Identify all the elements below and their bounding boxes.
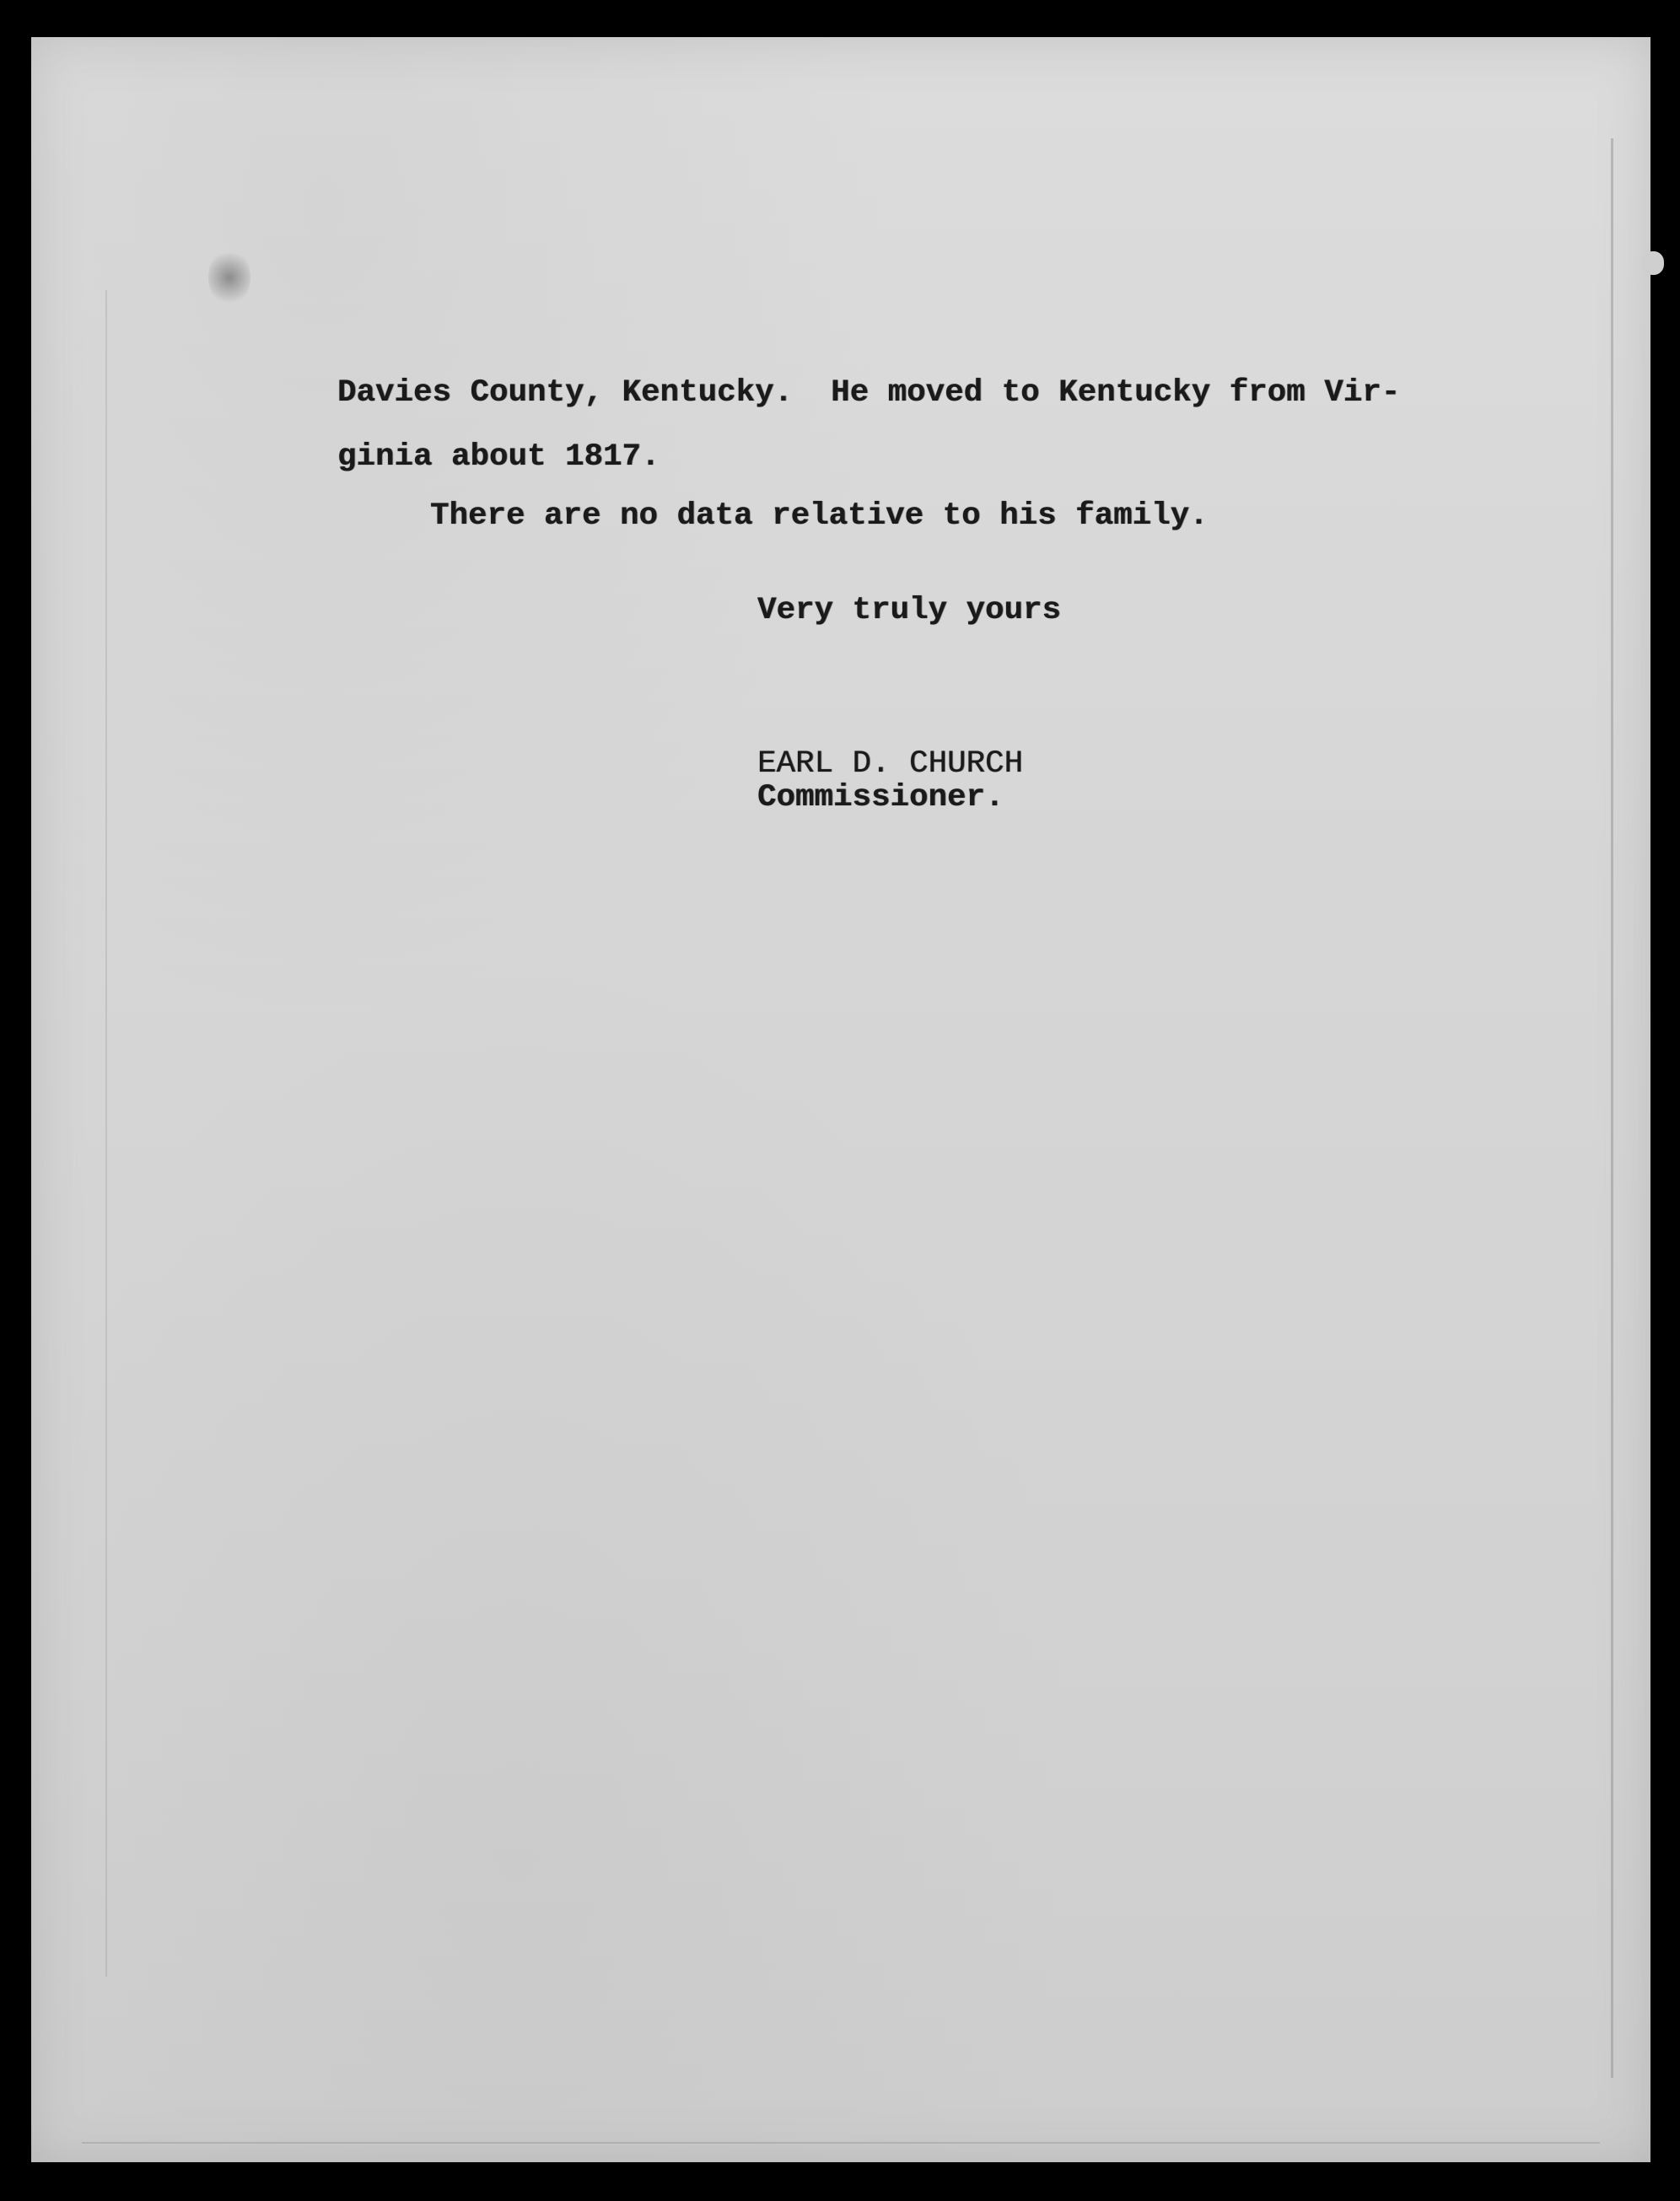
- underlying-page-bottom-edge: [82, 2142, 1600, 2144]
- letter-closing: Very truly yours: [757, 595, 1061, 627]
- signatory-name: EARL D. CHURCH: [757, 749, 1023, 781]
- body-line-2: ginia about 1817.: [337, 442, 660, 474]
- document-page: [31, 37, 1650, 2162]
- body-line-1: Davies County, Kentucky. He moved to Ken…: [337, 378, 1400, 410]
- paper-scrap: [1642, 251, 1664, 275]
- underlying-page-edge: [1611, 138, 1613, 2078]
- body-line-3: There are no data relative to his family…: [430, 501, 1209, 533]
- fold-line: [105, 290, 107, 1977]
- ink-smudge: [208, 248, 250, 307]
- signatory-title: Commissioner.: [757, 783, 1004, 815]
